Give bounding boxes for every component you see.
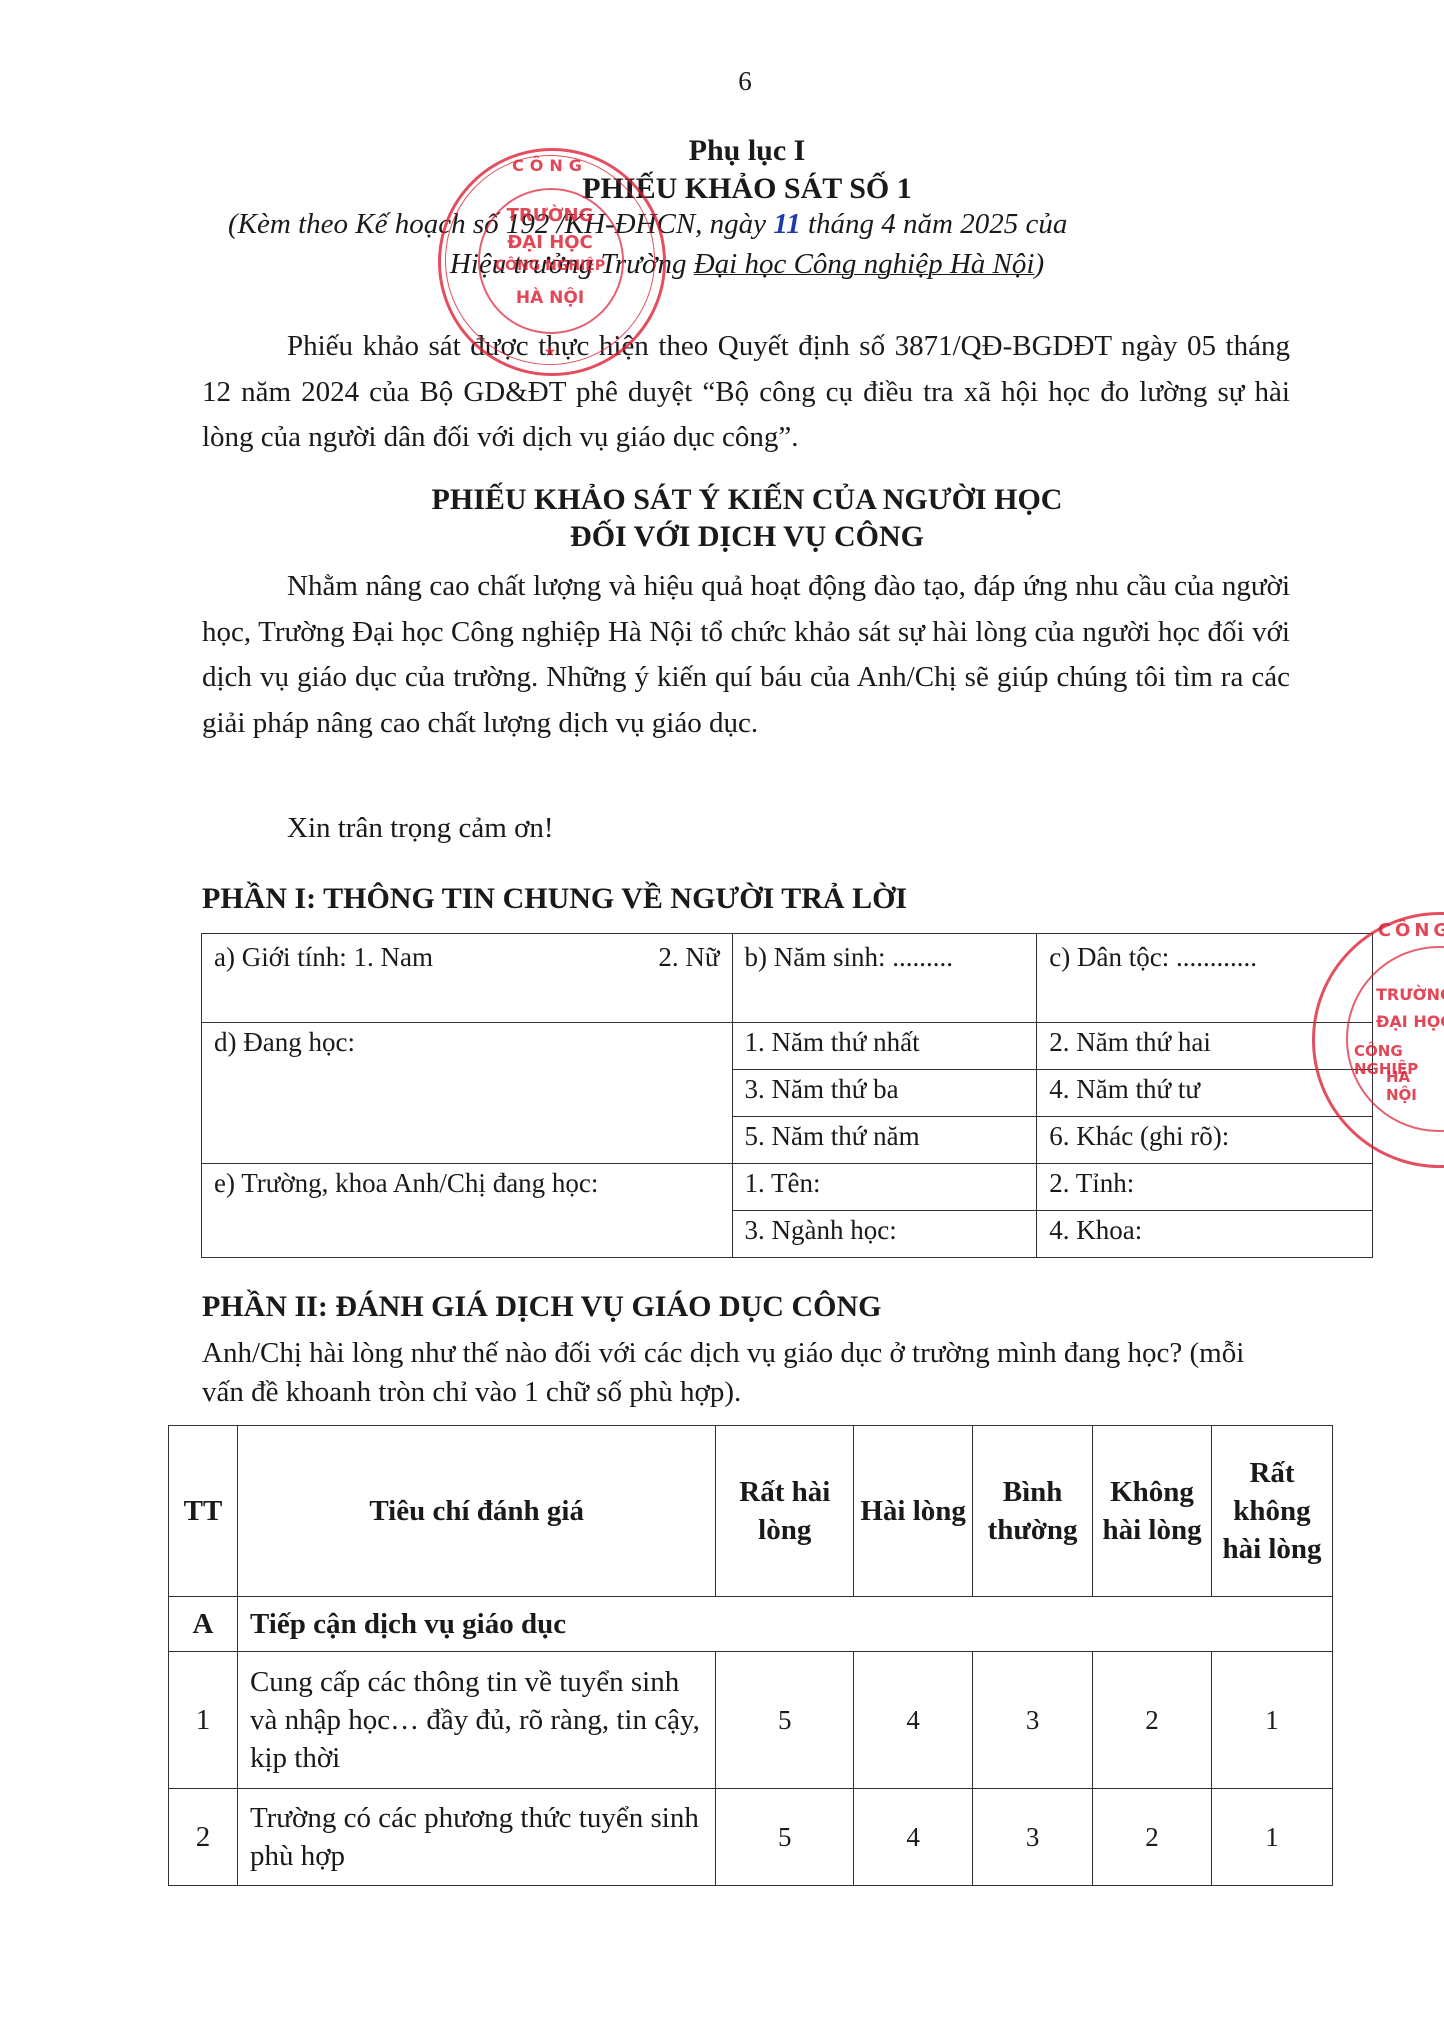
gender-label: a) Giới tính: 1. Nam [214,942,433,973]
attachment-suffix: tháng 4 năm 2025 của [801,208,1068,240]
attachment-line2-post: ) [1034,248,1044,280]
intro-paragraph: Phiếu khảo sát được thực hiện theo Quyết… [202,324,1290,461]
attachment-line2-pre: Hiệu trưởng Trường [450,248,694,280]
col-header-tt: TT [169,1426,238,1597]
section-code: A [169,1597,238,1652]
school-name-field[interactable]: 1. Tên: [732,1164,1037,1211]
section-title: Tiếp cận dịch vụ giáo dục [237,1597,1332,1652]
school-label: e) Trường, khoa Anh/Chị đang học: [202,1164,733,1258]
gender-female-option[interactable]: 2. Nữ [658,942,719,973]
province-field[interactable]: 2. Tỉnh: [1037,1164,1373,1211]
col-header-very-dissatisfied: Rất không hài lòng [1212,1426,1333,1597]
purpose-paragraph: Nhằm nâng cao chất lượng và hiệu quả hoạ… [202,564,1290,746]
attachment-line-2: Hiệu trưởng Trường Đại học Công nghiệp H… [0,248,1444,281]
appendix-title: Phụ lục I [0,134,1444,168]
score-option[interactable]: 5 [716,1652,854,1789]
year-option[interactable]: 5. Năm thứ năm [732,1117,1037,1164]
year-option-other[interactable]: 6. Khác (ghi rõ): [1037,1117,1373,1164]
evaluation-table: TT Tiêu chí đánh giá Rất hài lòng Hài lò… [168,1425,1333,1886]
score-option[interactable]: 3 [973,1652,1093,1789]
table-row: 1 Cung cấp các thông tin về tuyển sinh v… [169,1652,1333,1789]
page-number: 6 [0,66,1444,97]
criterion-text: Trường có các phương thức tuyển sinh phù… [237,1789,715,1886]
part2-instruction: Anh/Chị hài lòng như thế nào đối với các… [202,1334,1282,1412]
year-option[interactable]: 3. Năm thứ ba [732,1070,1037,1117]
criterion-text: Cung cấp các thông tin về tuyển sinh và … [237,1652,715,1789]
respondent-info-table: a) Giới tính: 1. Nam 2. Nữ b) Năm sinh: … [201,933,1373,1258]
score-option[interactable]: 2 [1093,1789,1212,1886]
col-header-neutral: Bình thường [973,1426,1093,1597]
survey-title-line2: ĐỐI VỚI DỊCH VỤ CÔNG [0,520,1444,554]
form-title: PHIẾU KHẢO SÁT SỐ 1 [0,172,1444,206]
year-option[interactable]: 2. Năm thứ hai [1037,1023,1373,1070]
thanks-text: Xin trân trọng cảm ơn! [287,812,554,845]
score-option[interactable]: 1 [1212,1789,1333,1886]
table-row: 2 Trường có các phương thức tuyển sinh p… [169,1789,1333,1886]
score-option[interactable]: 1 [1212,1652,1333,1789]
part1-heading: PHẦN I: THÔNG TIN CHUNG VỀ NGƯỜI TRẢ LỜI [202,882,907,916]
handwritten-day: 11 [773,208,800,240]
row-number: 1 [169,1652,238,1789]
col-header-satisfied: Hài lòng [854,1426,973,1597]
attachment-line2-underlined: Đại học Công nghiệp Hà Nội [694,248,1035,280]
margin-seal-top-text: CÔNG [1375,920,1444,941]
attachment-line: (Kèm theo Kế hoạch số 192 /KH-ĐHCN, ngày… [228,208,1067,241]
year-option[interactable]: 1. Năm thứ nhất [732,1023,1037,1070]
score-option[interactable]: 3 [973,1789,1093,1886]
margin-seal-line-1: TRƯỜNG [1376,985,1444,1004]
gender-cell[interactable]: a) Giới tính: 1. Nam 2. Nữ [202,934,733,1023]
major-field[interactable]: 3. Ngành học: [732,1211,1037,1258]
studying-label: d) Đang học: [202,1023,733,1164]
margin-seal-line-2: ĐẠI HỌC [1376,1012,1444,1031]
col-header-dissatisfied: Không hài lòng [1093,1426,1212,1597]
birth-year-cell[interactable]: b) Năm sinh: ......... [732,934,1037,1023]
row-number: 2 [169,1789,238,1886]
score-option[interactable]: 2 [1093,1652,1212,1789]
col-header-criterion: Tiêu chí đánh giá [237,1426,715,1597]
part2-heading: PHẦN II: ĐÁNH GIÁ DỊCH VỤ GIÁO DỤC CÔNG [202,1290,881,1324]
attachment-prefix: (Kèm theo Kế hoạch số 192 /KH-ĐHCN, ngày [228,208,773,240]
seal-line-4: HÀ NỘI [480,288,620,308]
score-option[interactable]: 4 [854,1652,973,1789]
margin-seal-line-4: HÀ NỘI [1386,1068,1444,1104]
ethnicity-cell[interactable]: c) Dân tộc: ............ [1037,934,1373,1023]
col-header-very-satisfied: Rất hài lòng [716,1426,854,1597]
year-option[interactable]: 4. Năm thứ tư [1037,1070,1373,1117]
survey-title-line1: PHIẾU KHẢO SÁT Ý KIẾN CỦA NGƯỜI HỌC [0,483,1444,517]
faculty-field[interactable]: 4. Khoa: [1037,1211,1373,1258]
score-option[interactable]: 4 [854,1789,973,1886]
score-option[interactable]: 5 [716,1789,854,1886]
